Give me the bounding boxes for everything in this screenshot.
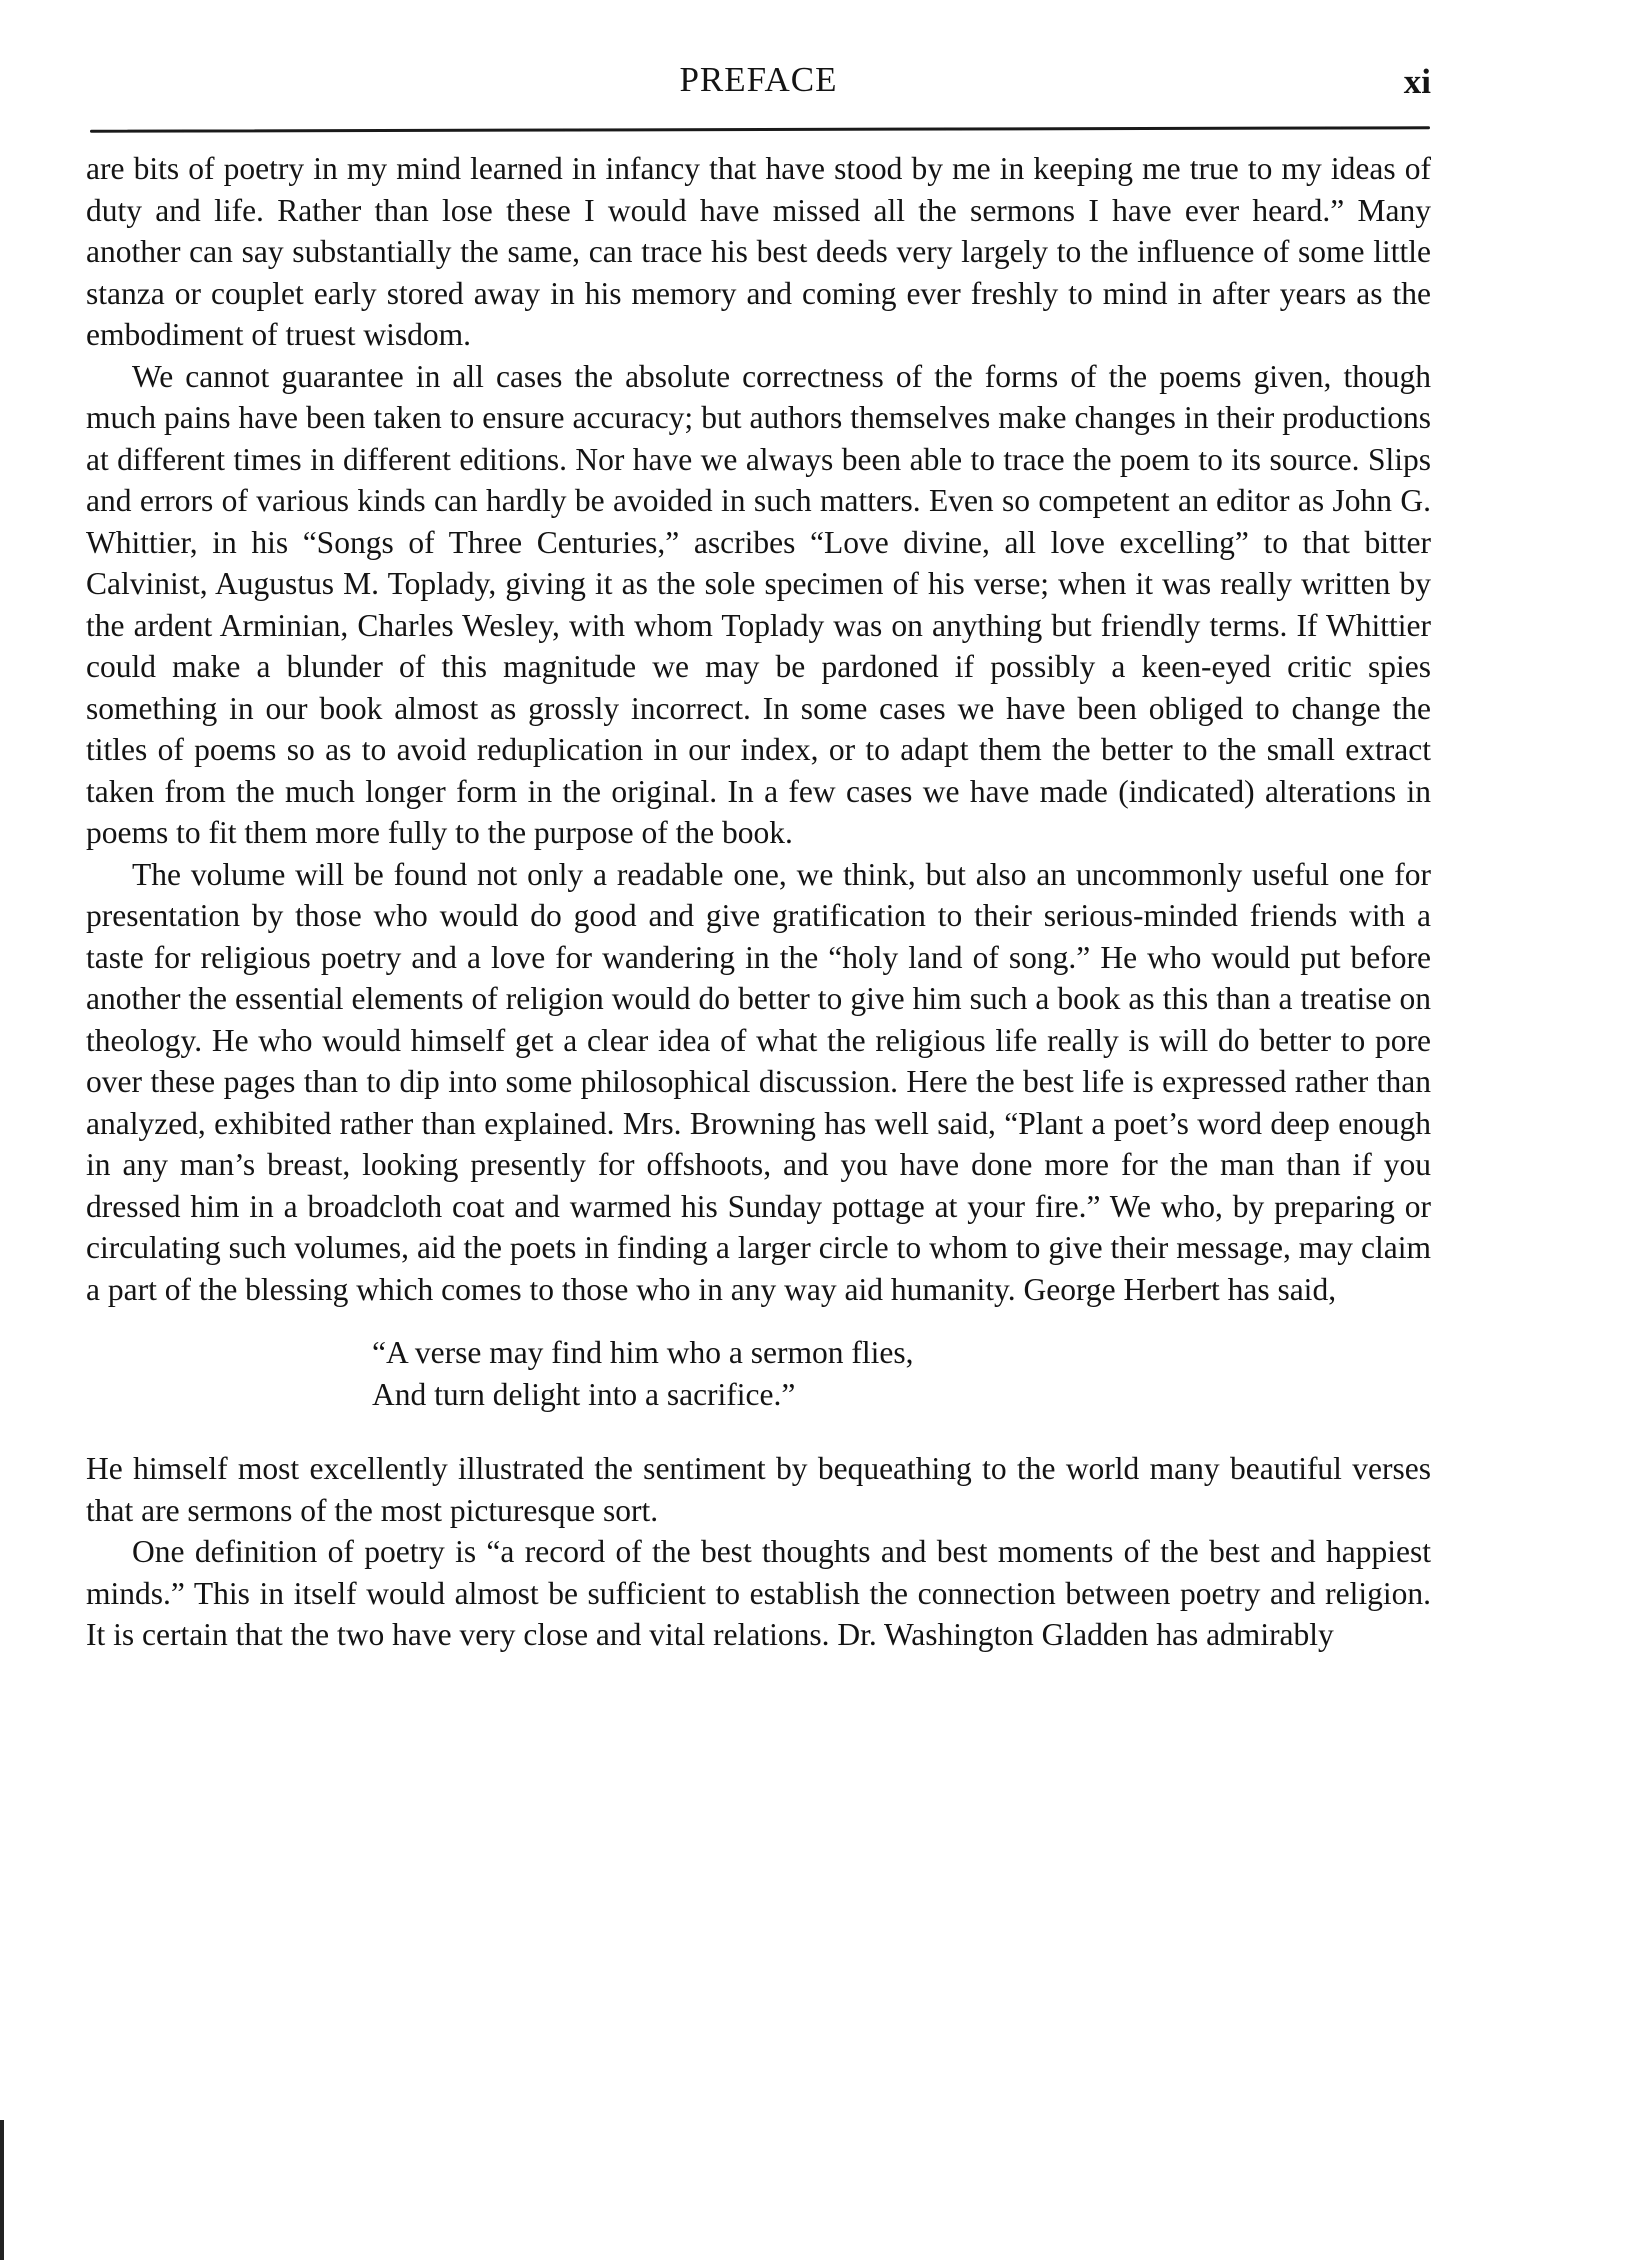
paragraph-1: are bits of poetry in my mind learned in… — [86, 148, 1431, 356]
paragraph-5: One definition of poetry is “a record of… — [86, 1531, 1431, 1656]
paragraph-2: We cannot guarantee in all cases the abs… — [86, 356, 1431, 854]
verse-quote: “A verse may find him who a sermon flies… — [372, 1332, 1431, 1416]
page-number: xi — [1404, 62, 1431, 102]
page-body: are bits of poetry in my mind learned in… — [86, 148, 1431, 1656]
verse-line-2: And turn delight into a sacrifice.” — [372, 1374, 1431, 1416]
paragraph-3: The volume will be found not only a read… — [86, 854, 1431, 1311]
scan-edge-mark — [0, 2120, 4, 2260]
header-rule — [90, 126, 1430, 133]
paragraph-4: He himself most excellently illustrated … — [86, 1448, 1431, 1531]
page-header: PREFACE xi — [86, 60, 1431, 110]
running-title: PREFACE — [86, 60, 1431, 100]
verse-line-1: “A verse may find him who a sermon flies… — [372, 1332, 1431, 1374]
